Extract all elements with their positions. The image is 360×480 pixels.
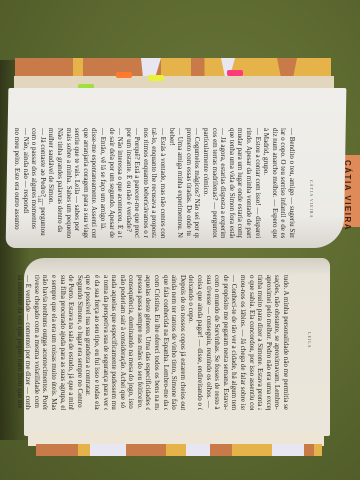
- text-line: consequência, dominando na mesa do jogo,…: [127, 275, 136, 410]
- text-line: — Conheci-te de tão ver a cidade, há alg…: [230, 275, 239, 410]
- cover-stripe: [314, 444, 322, 456]
- text-line: — É verdade — comentei por me dizer — co…: [24, 275, 33, 410]
- text-line: de sair dela por um segundo. Apesar de: [107, 128, 116, 238]
- text-line: no meu peito. Este era outro assunto: [12, 128, 21, 238]
- text-line: ainda nem ter tantos de vinho tinto, Sim…: [170, 275, 179, 410]
- tab-yellow[interactable]: [148, 75, 164, 81]
- text-line: tivesse chegado com a mesma volatilidade…: [32, 275, 41, 410]
- tab-pink[interactable]: [227, 70, 243, 76]
- text-line: é da sua força ao seu tipo, eu fui isso …: [92, 275, 101, 410]
- cover-stripe: [78, 444, 90, 456]
- text-line: coisa que ainda pagar! — disse, endireit…: [195, 275, 204, 410]
- text-line: tinha muito para dizer a Simone. Estava …: [256, 275, 265, 410]
- text-line: — Cogumelos mágicos? Não sei por que: [193, 128, 202, 238]
- text-line: mais sobre a minha. Sabes um pequeno: [64, 128, 73, 238]
- text-line: lar o copo. O teu sorriso infantil e de …: [279, 128, 288, 238]
- text-line: — Estás à vontade, mas não contes comigo: [159, 128, 168, 238]
- text-line: de Porto. Estava na sala de estudo, já q…: [67, 275, 76, 410]
- text-line: que é possível tua sua grandeza a contra…: [84, 275, 93, 410]
- cover-stripe: [277, 58, 297, 78]
- text-line: mou-nos os lábios. — Já chega de falar s…: [238, 275, 247, 410]
- text-line: sua tivesse — conseguiu, reunindo os olh…: [204, 275, 213, 410]
- cover-stripe: [186, 444, 210, 456]
- text-line: não havia nenhuns outros acontecimentos.…: [41, 275, 50, 410]
- text-line: rindo. Apesar da minha vontade de partir…: [244, 128, 253, 238]
- text-line: prometo com essas tiradas. De onde tu sa…: [184, 128, 193, 238]
- text-line: por um instante. É ou não é verdade?: [124, 128, 133, 238]
- text-line: aproximei pelo melhor. Pedro não era uma…: [264, 275, 273, 410]
- text-line: sua filha procurado ajuda para as suas a…: [58, 275, 67, 410]
- text-line: mudar para um lugar onde estaria complet…: [236, 128, 245, 238]
- text-line: aquelas deste género. Uma das especifici…: [144, 275, 153, 410]
- text-line: não poderiam sair à consideração. Achei …: [118, 275, 127, 410]
- text-line: tudo. A minha personalidade não me permi…: [281, 275, 290, 410]
- text-line: deixando o copo.: [187, 275, 196, 410]
- cover-stripe: [161, 58, 191, 78]
- text-line: de propósito me pegaram nesta semana. Es…: [221, 275, 230, 410]
- text-line: que fala conhecida na Espanha. Lembro-me…: [161, 275, 170, 410]
- text-line: disse-me espontaneamente. Assenti com: [90, 128, 99, 238]
- text-line: e sempre que ela era um coisas muito úte…: [49, 275, 58, 410]
- text-line: nos ritmos enquanto bebericávamos o noss…: [141, 128, 150, 238]
- text-line: — Estou a contar com isso! — disparei, a…: [253, 128, 262, 238]
- text-line: com Cristina. Eu lhe ofereci todos os be…: [153, 275, 162, 410]
- text-line: à Madrid, grupo.: [262, 128, 271, 238]
- text-line: tal-lo, enquanto lhe recusava a proposta…: [150, 128, 159, 238]
- text-line: — Porquê? Está a parecer-me que precisas: [133, 128, 142, 238]
- text-line: nada aquelas que especificamente pudesse…: [110, 275, 119, 410]
- text-line: sações, não obstante, se aproximavam. Le…: [273, 275, 282, 410]
- text-line: Segundo Simone, o lugar era sempre no Ce…: [75, 275, 84, 410]
- text-line: particularmente cómico.: [201, 128, 210, 238]
- text-line: — Não interessa o que aconteceu. É a tua: [116, 128, 125, 238]
- book-cover-top-edge: [15, 58, 331, 78]
- text-line: lá somente da vez que peguei num livro q…: [15, 275, 24, 410]
- lower-running-header: LEILA: [307, 332, 312, 349]
- text-line: o que sabia. Ela concordou, por isso ass…: [247, 275, 256, 410]
- text-line: Não tinha grandes palavras dentro da: [55, 128, 64, 238]
- text-line: diz num anarcho melhor. — Espero que não…: [270, 128, 279, 238]
- text-line: Depois de os nossos copos já estarem che…: [178, 275, 187, 410]
- lower-page-text: tudo. A minha personalidade não me permi…: [15, 275, 290, 410]
- text-line: — Já contaste ao Pedro? — perguntou: [38, 128, 47, 238]
- text-line: com o mundo de Sorvinhas. Se fosses de r…: [213, 275, 222, 410]
- text-line: — Não, ainda não — respondi: [21, 128, 30, 238]
- cover-stripe: [90, 444, 126, 456]
- upper-running-header: CÁTIA VIEIRA: [309, 180, 314, 218]
- cover-stripe: [232, 444, 272, 456]
- tab-orange[interactable]: [116, 72, 132, 78]
- cover-stripe: [166, 444, 186, 456]
- cover-stripe: [73, 58, 83, 78]
- text-line: mulher saudável de Simon.: [47, 128, 56, 238]
- text-line: que tenha uma vida de Simon fora estão a…: [227, 128, 236, 238]
- text-line: — Uma amiga minha experimentou. Nunca: [176, 128, 185, 238]
- text-line: cos em terras madrilenas? — perguntou-me: [210, 128, 219, 238]
- text-line: — Já agora, estarias disposta a experime…: [219, 128, 228, 238]
- upper-page-text: — Bendito o teu, amigo — sugeriu Simon a…: [12, 128, 296, 238]
- cover-stripe: [272, 444, 304, 456]
- text-line: — Então, vê lá se faço um amigo lá.: [98, 128, 107, 238]
- text-line: pessoa passa sempre nas mãos do seu feit…: [135, 275, 144, 410]
- text-line: beber!: [167, 128, 176, 238]
- text-line: que arranjaria coragem para a sua viagem: [81, 128, 90, 238]
- text-line: — Bendito o teu, amigo — sugeriu Simon a…: [287, 128, 296, 238]
- text-line: a toma da perspetiva sua de segurança pa…: [101, 275, 110, 410]
- text-line: sentiu que te vais. Leila — sabes por: [73, 128, 82, 238]
- book-cover-bottom-edge: [36, 444, 322, 456]
- text-line: com o passar dos algures momentos: [30, 128, 39, 238]
